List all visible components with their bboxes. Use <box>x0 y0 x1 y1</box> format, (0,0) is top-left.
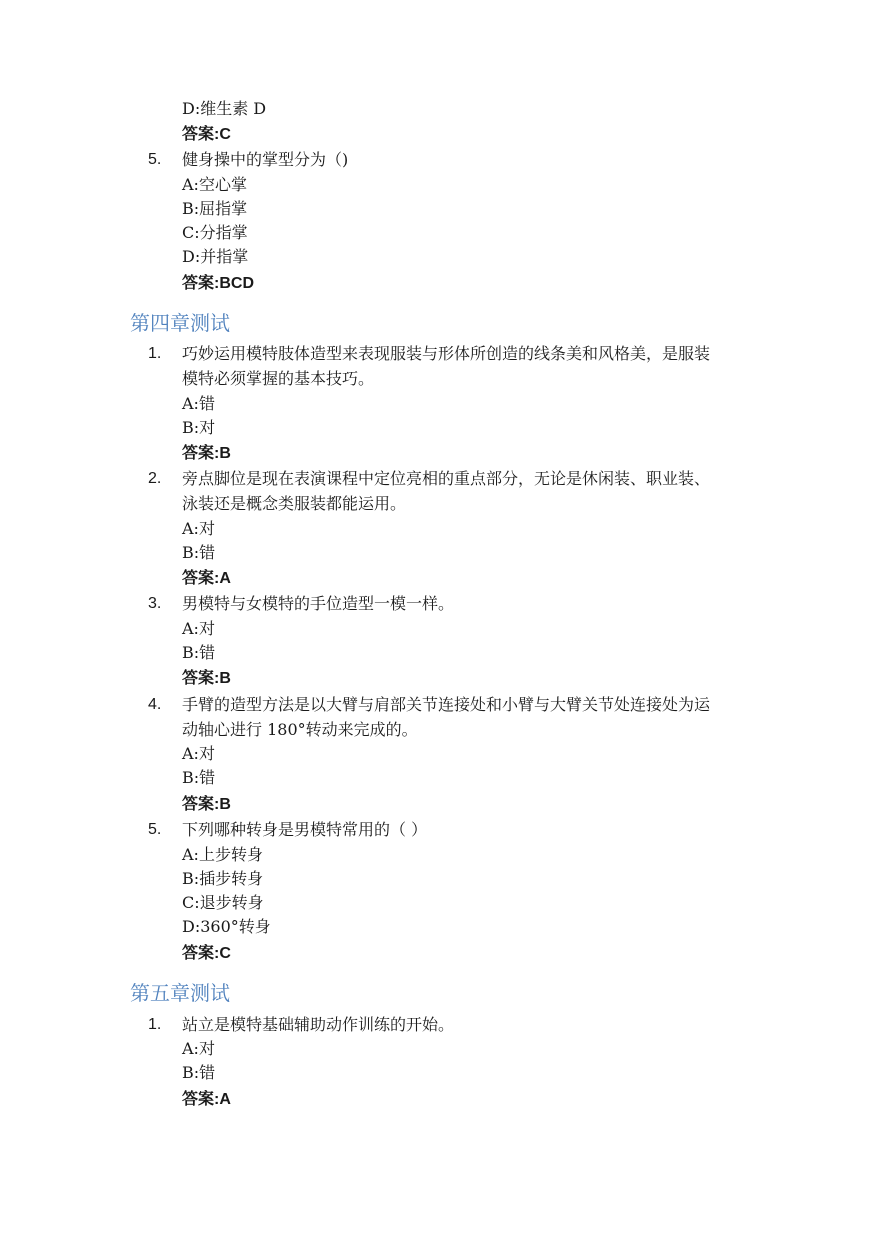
question-number: 5. <box>148 818 161 842</box>
question-text: 健身操中的掌型分为（) <box>182 148 348 172</box>
question-text: 男模特与女模特的手位造型一模一样。 <box>182 592 454 616</box>
option-text: A:对 <box>182 517 215 541</box>
option-text: A:上步转身 <box>182 843 263 867</box>
question-number: 4. <box>148 693 161 717</box>
answer-text: 答案:B <box>182 793 231 817</box>
option-text: D:360°转身 <box>182 915 271 939</box>
question-text: 泳装还是概念类服装都能运用。 <box>182 492 406 516</box>
option-text: A:空心掌 <box>182 173 247 197</box>
question-number: 2. <box>148 467 161 491</box>
question-text: 手臂的造型方法是以大臂与肩部关节连接处和小臂与大臂关节处连接处为运 <box>182 693 710 717</box>
option-text: D:维生素 D <box>182 97 266 121</box>
answer-text: 答案:C <box>182 123 231 147</box>
option-text: C:退步转身 <box>182 891 264 915</box>
option-text: D:并指掌 <box>182 245 248 269</box>
question-text: 动轴心进行 180°转动来完成的。 <box>182 718 418 742</box>
question-text: 下列哪种转身是男模特常用的（ ） <box>182 818 427 842</box>
answer-text: 答案:B <box>182 442 231 466</box>
question-number: 1. <box>148 1013 161 1037</box>
answer-text: 答案:C <box>182 942 231 966</box>
document-page: D:维生素 D 答案:C 5. 健身操中的掌型分为（) A:空心掌 B:屈指掌 … <box>0 0 880 1245</box>
option-text: B:对 <box>182 416 215 440</box>
chapter-heading: 第五章测试 <box>130 979 230 1007</box>
option-text: B:错 <box>182 641 215 665</box>
option-text: B:插步转身 <box>182 867 263 891</box>
answer-text: 答案:B <box>182 667 231 691</box>
option-text: A:对 <box>182 617 215 641</box>
option-text: A:对 <box>182 742 215 766</box>
option-text: B:错 <box>182 541 215 565</box>
option-text: A:对 <box>182 1037 215 1061</box>
question-text: 巧妙运用模特肢体造型来表现服装与形体所创造的线条美和风格美，是服装 <box>182 342 710 366</box>
question-number: 3. <box>148 592 161 616</box>
option-text: C:分指掌 <box>182 221 248 245</box>
question-text: 模特必须掌握的基本技巧。 <box>182 367 374 391</box>
question-number: 1. <box>148 342 161 366</box>
question-text: 站立是模特基础辅助动作训练的开始。 <box>182 1013 454 1037</box>
question-number: 5. <box>148 148 161 172</box>
option-text: A:错 <box>182 392 215 416</box>
option-text: B:屈指掌 <box>182 197 247 221</box>
option-text: B:错 <box>182 766 215 790</box>
answer-text: 答案:A <box>182 1088 231 1112</box>
answer-text: 答案:BCD <box>182 272 254 296</box>
option-text: B:错 <box>182 1061 215 1085</box>
chapter-heading: 第四章测试 <box>130 309 230 337</box>
question-text: 旁点脚位是现在表演课程中定位亮相的重点部分，无论是休闲装、职业装、 <box>182 467 710 491</box>
answer-text: 答案:A <box>182 567 231 591</box>
